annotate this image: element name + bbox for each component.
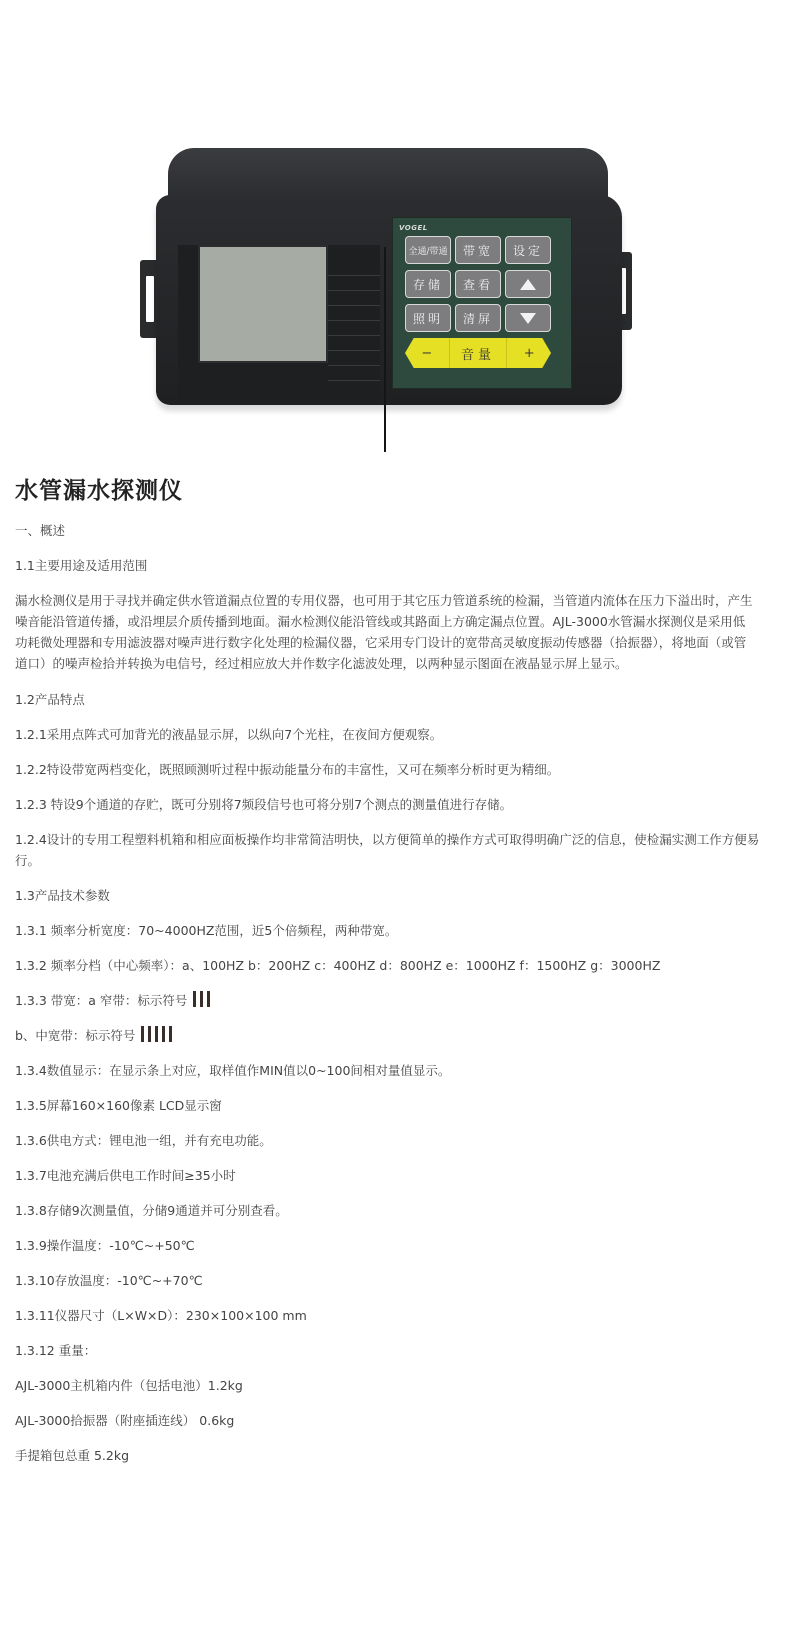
spec-1-3-3-b-text: b、中宽带：标示符号	[15, 1028, 135, 1043]
volume-minus: −	[405, 338, 450, 368]
section-1-3-heading: 1.3产品技术参数	[15, 885, 110, 907]
spec-1-3-3: 1.3.3 带宽：a 窄带：标示符号	[15, 990, 214, 1014]
spec-1-3-11: 1.3.11仪器尺寸（L×W×D）：230×100×100 mm	[15, 1305, 307, 1327]
leak-detector-device: VOGEL 全通/带通 带宽 设定 存储 查看 照明 清屏 − 音量 +	[138, 140, 638, 415]
product-image: VOGEL 全通/带通 带宽 设定 存储 查看 照明 清屏 − 音量 +	[0, 0, 800, 470]
section-1-1-heading: 1.1主要用途及适用范围	[15, 555, 147, 577]
feature-1-2-4-line: 1.2.4设计的专用工程塑料机箱和相应面板操作均非常简洁明快，以方便简单的操作方…	[15, 829, 759, 851]
spec-1-3-10: 1.3.10存放温度：-10℃~+70℃	[15, 1270, 203, 1292]
key-view: 查看	[455, 270, 501, 298]
key-filter-mode: 全通/带通	[405, 236, 451, 264]
spec-1-3-6: 1.3.6供电方式：锂电池一组，并有充电功能。	[15, 1130, 272, 1152]
control-panel: VOGEL 全通/带通 带宽 设定 存储 查看 照明 清屏 − 音量 +	[392, 217, 572, 389]
section-overview: 一、概述	[15, 520, 65, 542]
down-arrow-icon	[520, 313, 536, 324]
feature-1-2-4-line: 行。	[15, 850, 40, 872]
section-1-1-body-line: 漏水检测仪是用于寻找并确定供水管道漏点位置的专用仪器，也可用于其它压力管道系统的…	[15, 590, 753, 612]
spec-1-3-8: 1.3.8存储9次测量值，分储9通道并可分别查看。	[15, 1200, 288, 1222]
section-1-2-heading: 1.2产品特点	[15, 689, 85, 711]
feature-1-2-1: 1.2.1采用点阵式可加背光的液晶显示屏，以纵向7个光柱，在夜间方便观察。	[15, 724, 442, 746]
feature-1-2-3: 1.2.3 特设9个通道的存贮，既可分别将7频段信号也可将分别7个测点的测量值进…	[15, 794, 512, 816]
brand-logo: VOGEL	[399, 224, 428, 232]
weight-main-unit: AJL-3000主机箱内件（包括电池）1.2kg	[15, 1375, 243, 1397]
key-up	[505, 270, 551, 298]
weight-total: 手提箱包总重 5.2kg	[15, 1445, 129, 1467]
weight-sensor: AJL-3000拾振器（附座插连线） 0.6kg	[15, 1410, 234, 1432]
key-bandwidth: 带宽	[455, 236, 501, 264]
section-1-1-body-line: 道口）的噪声检拾并转换为电信号，经过相应放大并作数字化滤波处理，以两种显示图面在…	[15, 653, 628, 675]
device-body: VOGEL 全通/带通 带宽 设定 存储 查看 照明 清屏 − 音量 +	[156, 195, 622, 405]
section-1-1-body-line: 噪音能沿管道传播，或沿埋层介质传播到地面。漏水检测仪能沿管线或其路面上方确定漏点…	[15, 611, 745, 633]
spec-1-3-12: 1.3.12 重量：	[15, 1340, 96, 1362]
spec-1-3-9: 1.3.9操作温度：-10℃~+50℃	[15, 1235, 195, 1257]
page-title: 水管漏水探测仪	[15, 476, 183, 506]
feature-1-2-2: 1.2.2特设带宽两档变化，既照顾测听过程中振动能量分布的丰富性，又可在频率分析…	[15, 759, 559, 781]
volume-bar: − 音量 +	[405, 338, 551, 368]
spec-1-3-1: 1.3.1 频率分析宽度：70~4000HZ范围，近5个倍频程，两种带宽。	[15, 920, 397, 942]
key-store: 存储	[405, 270, 451, 298]
key-clear: 清屏	[455, 304, 501, 332]
spec-1-3-4: 1.3.4数值显示：在显示条上对应，取样值作MIN值以0~100间相对量值显示。	[15, 1060, 450, 1082]
spec-1-3-5: 1.3.5屏幕160×160像素 LCD显示窗	[15, 1095, 222, 1117]
panel-divider	[384, 247, 386, 452]
spec-1-3-2: 1.3.2 频率分档（中心频率）：a、100HZ b：200HZ c：400HZ…	[15, 955, 660, 977]
midband-symbol-icon	[141, 1026, 176, 1049]
key-down	[505, 304, 551, 332]
narrowband-symbol-icon	[193, 991, 214, 1014]
spec-1-3-3-b: b、中宽带：标示符号	[15, 1025, 176, 1049]
key-settings: 设定	[505, 236, 551, 264]
up-arrow-icon	[520, 279, 536, 290]
key-light: 照明	[405, 304, 451, 332]
section-1-1-body-line: 功耗微处理器和专用滤波器对噪声进行数字化处理的检漏仪器，它采用专门设计的宽带高灵…	[15, 632, 746, 654]
spec-1-3-7: 1.3.7电池充满后供电工作时间≥35小时	[15, 1165, 236, 1187]
lcd-screen	[198, 245, 328, 363]
volume-label: 音量	[450, 338, 508, 368]
volume-plus: +	[507, 338, 551, 368]
spec-1-3-3-text: 1.3.3 带宽：a 窄带：标示符号	[15, 993, 187, 1008]
